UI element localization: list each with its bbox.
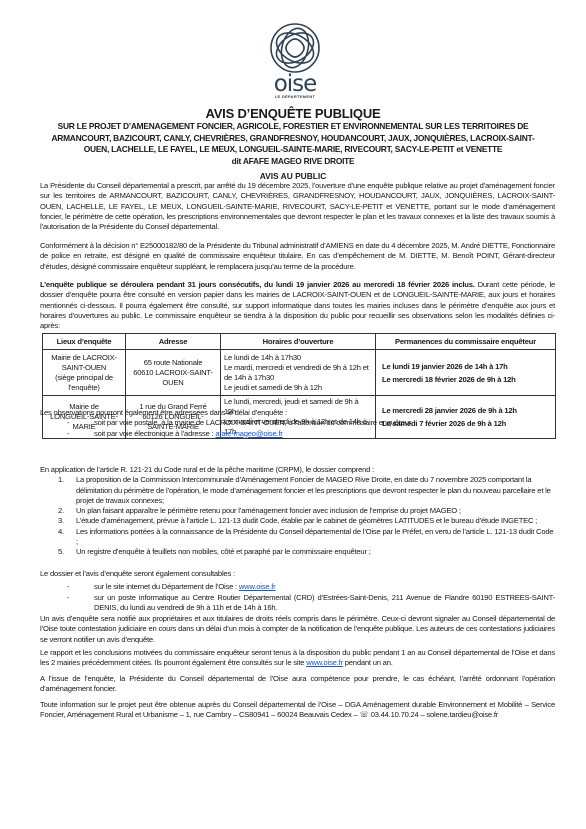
cell-line: Mairie de LACROIX- bbox=[46, 353, 122, 363]
subtitle-line: dit AFAFE MAGEO RIVE DROITE bbox=[30, 156, 556, 168]
consult-section: Le dossier et l’avis d’enquête seront ég… bbox=[40, 569, 555, 613]
cell-adresse: 65 route Nationale 60610 LACROIX-SAINT- … bbox=[126, 350, 221, 396]
cell-line: (siège principal de bbox=[46, 373, 122, 383]
list-item-text: Un plan faisant apparaître le périmètre … bbox=[76, 506, 555, 516]
cell-line: Le mercredi 18 février 2026 de 9h à 12h bbox=[382, 373, 552, 386]
page-title: AVIS D’ENQUÊTE PUBLIQUE bbox=[0, 106, 586, 121]
report-paragraph: Le rapport et les conclusions motivées d… bbox=[40, 648, 555, 669]
email-link[interactable]: afafe-mageo@oise.fr bbox=[215, 429, 282, 438]
observations-intro: Les observations pourront également être… bbox=[40, 408, 555, 418]
list-item-text: sur le site internet du Département de l… bbox=[94, 582, 239, 591]
commissioner-paragraph: Conformément à la décision n° E25000182/… bbox=[40, 241, 555, 272]
list-item: 3.L’étude d’aménagement, prévue à l’arti… bbox=[58, 516, 555, 526]
table-header-row: Lieux d’enquête Adresse Horaires d’ouver… bbox=[43, 334, 556, 350]
item-number: 5. bbox=[58, 547, 76, 557]
header-horaires: Horaires d’ouverture bbox=[221, 334, 376, 350]
cell-line: Le jeudi et samedi de 9h à 12h bbox=[224, 383, 372, 393]
logo-subtitle: LE DÉPARTEMENT bbox=[262, 94, 328, 99]
item-number: 4. bbox=[58, 527, 76, 548]
list-item-text: La proposition de la Commission Intercom… bbox=[76, 475, 555, 506]
header-permanences: Permanences du commissaire enquêteur bbox=[376, 334, 556, 350]
bullet-dash: - bbox=[67, 418, 94, 428]
item-number: 2. bbox=[58, 506, 76, 516]
item-number: 1. bbox=[58, 475, 76, 506]
section-heading: AVIS AU PUBLIC bbox=[0, 171, 586, 181]
cell-lieu: Mairie de LACROIX- SAINT-OUEN (siège pri… bbox=[43, 350, 126, 396]
cell-horaires: Le lundi de 14h à 17h30 Le mardi, mercre… bbox=[221, 350, 376, 396]
dossier-section: En application de l’article R. 121-21 du… bbox=[40, 465, 555, 558]
bullet-dash: - bbox=[67, 582, 94, 592]
cell-line: 65 route Nationale bbox=[129, 358, 217, 368]
subtitle-line: ARMANCOURT, BAZICOURT, CANLY, CHEVRIÈRES… bbox=[30, 133, 556, 145]
report-text: Le rapport et les conclusions motivées d… bbox=[40, 648, 555, 667]
item-number: 3. bbox=[58, 516, 76, 526]
list-item-text: L’étude d’aménagement, prévue à l’articl… bbox=[76, 516, 555, 526]
list-item: - soit par voie postale, à la mairie de … bbox=[67, 418, 555, 428]
subtitle-line: SUR LE PROJET D’AMENAGEMENT FONCIER, AGR… bbox=[30, 121, 556, 133]
list-item: 4.Les informations portées à la connaiss… bbox=[58, 527, 555, 548]
report-text-end: pendant un an. bbox=[343, 658, 393, 667]
contact-paragraph: Toute information sur le projet peut êtr… bbox=[40, 700, 555, 721]
cell-line: Le mardi, mercredi et vendredi de 9h à 1… bbox=[224, 363, 372, 383]
list-item: - soit par voie électronique à l’adresse… bbox=[67, 429, 555, 439]
list-item-text: soit par voie postale, à la mairie de LA… bbox=[94, 418, 413, 428]
list-item: 2.Un plan faisant apparaître le périmètr… bbox=[58, 506, 555, 516]
logo-wordmark: oise bbox=[262, 74, 328, 94]
list-item-text: soit par voie électronique à l’adresse : bbox=[94, 429, 215, 438]
notice-page: oise LE DÉPARTEMENT AVIS D’ENQUÊTE PUBLI… bbox=[0, 0, 586, 829]
list-item: - sur un poste informatique au Centre Ro… bbox=[67, 593, 555, 614]
duration-paragraph: L’enquête publique se déroulera pendant … bbox=[40, 280, 555, 331]
website-link[interactable]: www.oise.fr bbox=[239, 582, 276, 591]
list-item: 5.Un registre d’enquête à feuillets non … bbox=[58, 547, 555, 557]
cell-line: 60610 LACROIX-SAINT- bbox=[129, 368, 217, 378]
prescription-paragraph: La Présidente du Conseil départemental a… bbox=[40, 181, 555, 232]
outcome-paragraph: A l’issue de l’enquête, la Présidente du… bbox=[40, 674, 555, 695]
header-adresse: Adresse bbox=[126, 334, 221, 350]
list-item-text: Les informations portées à la connaissan… bbox=[76, 527, 555, 548]
bullet-dash: - bbox=[67, 429, 94, 439]
notification-paragraph: Un avis d’enquête sera notifié aux propr… bbox=[40, 614, 555, 645]
list-item-text: Un registre d’enquête à feuillets non mo… bbox=[76, 547, 555, 557]
subtitle-line: OUEN, LACHELLE, LE FAYEL, LE MEUX, LONGU… bbox=[30, 144, 556, 156]
duration-bold: L’enquête publique se déroulera pendant … bbox=[40, 280, 475, 289]
list-item: - sur le site internet du Département de… bbox=[67, 582, 555, 592]
cell-line: SAINT-OUEN bbox=[46, 363, 122, 373]
oise-emblem-icon bbox=[262, 22, 328, 74]
observations-section: Les observations pourront également être… bbox=[40, 408, 555, 439]
header-lieux: Lieux d’enquête bbox=[43, 334, 126, 350]
cell-line: OUEN bbox=[129, 378, 217, 388]
website-link[interactable]: www.oise.fr bbox=[306, 658, 343, 667]
list-item-text: sur un poste informatique au Centre Rout… bbox=[94, 593, 555, 614]
list-item: 1.La proposition de la Commission Interc… bbox=[58, 475, 555, 506]
dossier-intro: En application de l’article R. 121-21 du… bbox=[40, 465, 555, 475]
cell-line: Le lundi de 14h à 17h30 bbox=[224, 353, 372, 363]
bullet-dash: - bbox=[67, 593, 94, 614]
project-subtitle: SUR LE PROJET D’AMENAGEMENT FONCIER, AGR… bbox=[30, 121, 556, 167]
oise-logo: oise LE DÉPARTEMENT bbox=[262, 22, 328, 100]
cell-permanences: Le lundi 19 janvier 2026 de 14h à 17h Le… bbox=[376, 350, 556, 396]
consult-intro: Le dossier et l’avis d’enquête seront ég… bbox=[40, 569, 555, 579]
cell-line: l’enquête) bbox=[46, 383, 122, 393]
cell-line: Le lundi 19 janvier 2026 de 14h à 17h bbox=[382, 360, 552, 373]
table-row: Mairie de LACROIX- SAINT-OUEN (siège pri… bbox=[43, 350, 556, 396]
